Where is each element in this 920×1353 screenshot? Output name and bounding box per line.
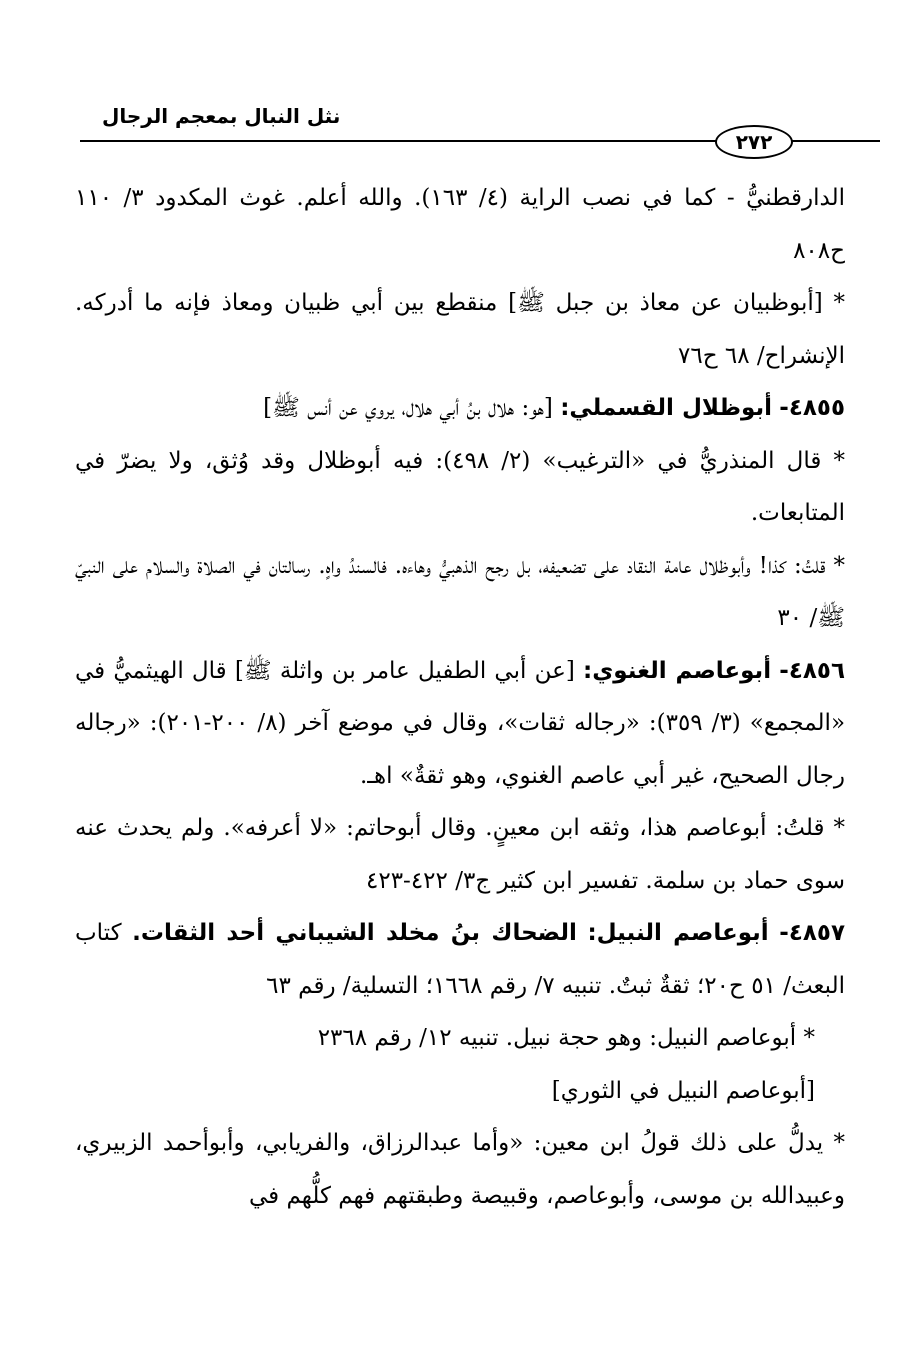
entry-text: الضحاك بنُ مخلد الشيباني أحد الثقات. [132, 920, 577, 946]
entry-text: [هو: هلال بنُ أبي هلال، يروي عن أنس ﷺ] [263, 395, 553, 421]
entry-4856: ٤٨٥٦- أبوعاصم الغنوي: [عن أبي الطفيل عام… [75, 645, 845, 803]
entry-4857: ٤٨٥٧- أبوعاصم النبيل: الضحاك بنُ مخلد ال… [75, 907, 845, 1012]
page-header: نثل النبال بمعجم الرجال ٢٧٢ [40, 100, 880, 150]
paragraph: * قلتُ: كذا! وأبوظلال عامة النقاد على تض… [75, 540, 845, 645]
entry-number: ٤٨٥٧- [779, 920, 845, 946]
entry-number: ٤٨٥٦- [779, 658, 845, 684]
entry-name: أبوعاصم النبيل: [587, 920, 768, 946]
page-number-badge: ٢٧٢ [715, 125, 793, 159]
section-heading: [أبوعاصم النبيل في الثوري] [75, 1065, 845, 1118]
paragraph: * يدلُّ على ذلك قولُ ابن معين: «وأما عبد… [75, 1117, 845, 1222]
page-body: الدارقطنيُّ - كما في نصب الراية (٤/ ١٦٣)… [75, 172, 845, 1222]
running-title: نثل النبال بمعجم الرجال [102, 104, 340, 128]
paragraph: * [أبوظبيان عن معاذ بن جبل ﷺ] منقطع بين … [75, 277, 845, 382]
entry-4855: ٤٨٥٥- أبوظلال القسملي: [هو: هلال بنُ أبي… [75, 382, 845, 435]
entry-name: أبوعاصم الغنوي: [583, 658, 771, 684]
paragraph: * قال المنذريُّ في «الترغيب» (٢/ ٤٩٨): ف… [75, 435, 845, 540]
entry-number: ٤٨٥٥- [779, 395, 845, 421]
entry-name: أبوظلال القسملي: [560, 395, 772, 421]
paragraph: * قلتُ: أبوعاصم هذا، وثقه ابن معينٍ. وقا… [75, 802, 845, 907]
paragraph: الدارقطنيُّ - كما في نصب الراية (٤/ ١٦٣)… [75, 172, 845, 277]
paragraph: * أبوعاصم النبيل: وهو حجة نبيل. تنبيه ١٢… [75, 1012, 845, 1065]
